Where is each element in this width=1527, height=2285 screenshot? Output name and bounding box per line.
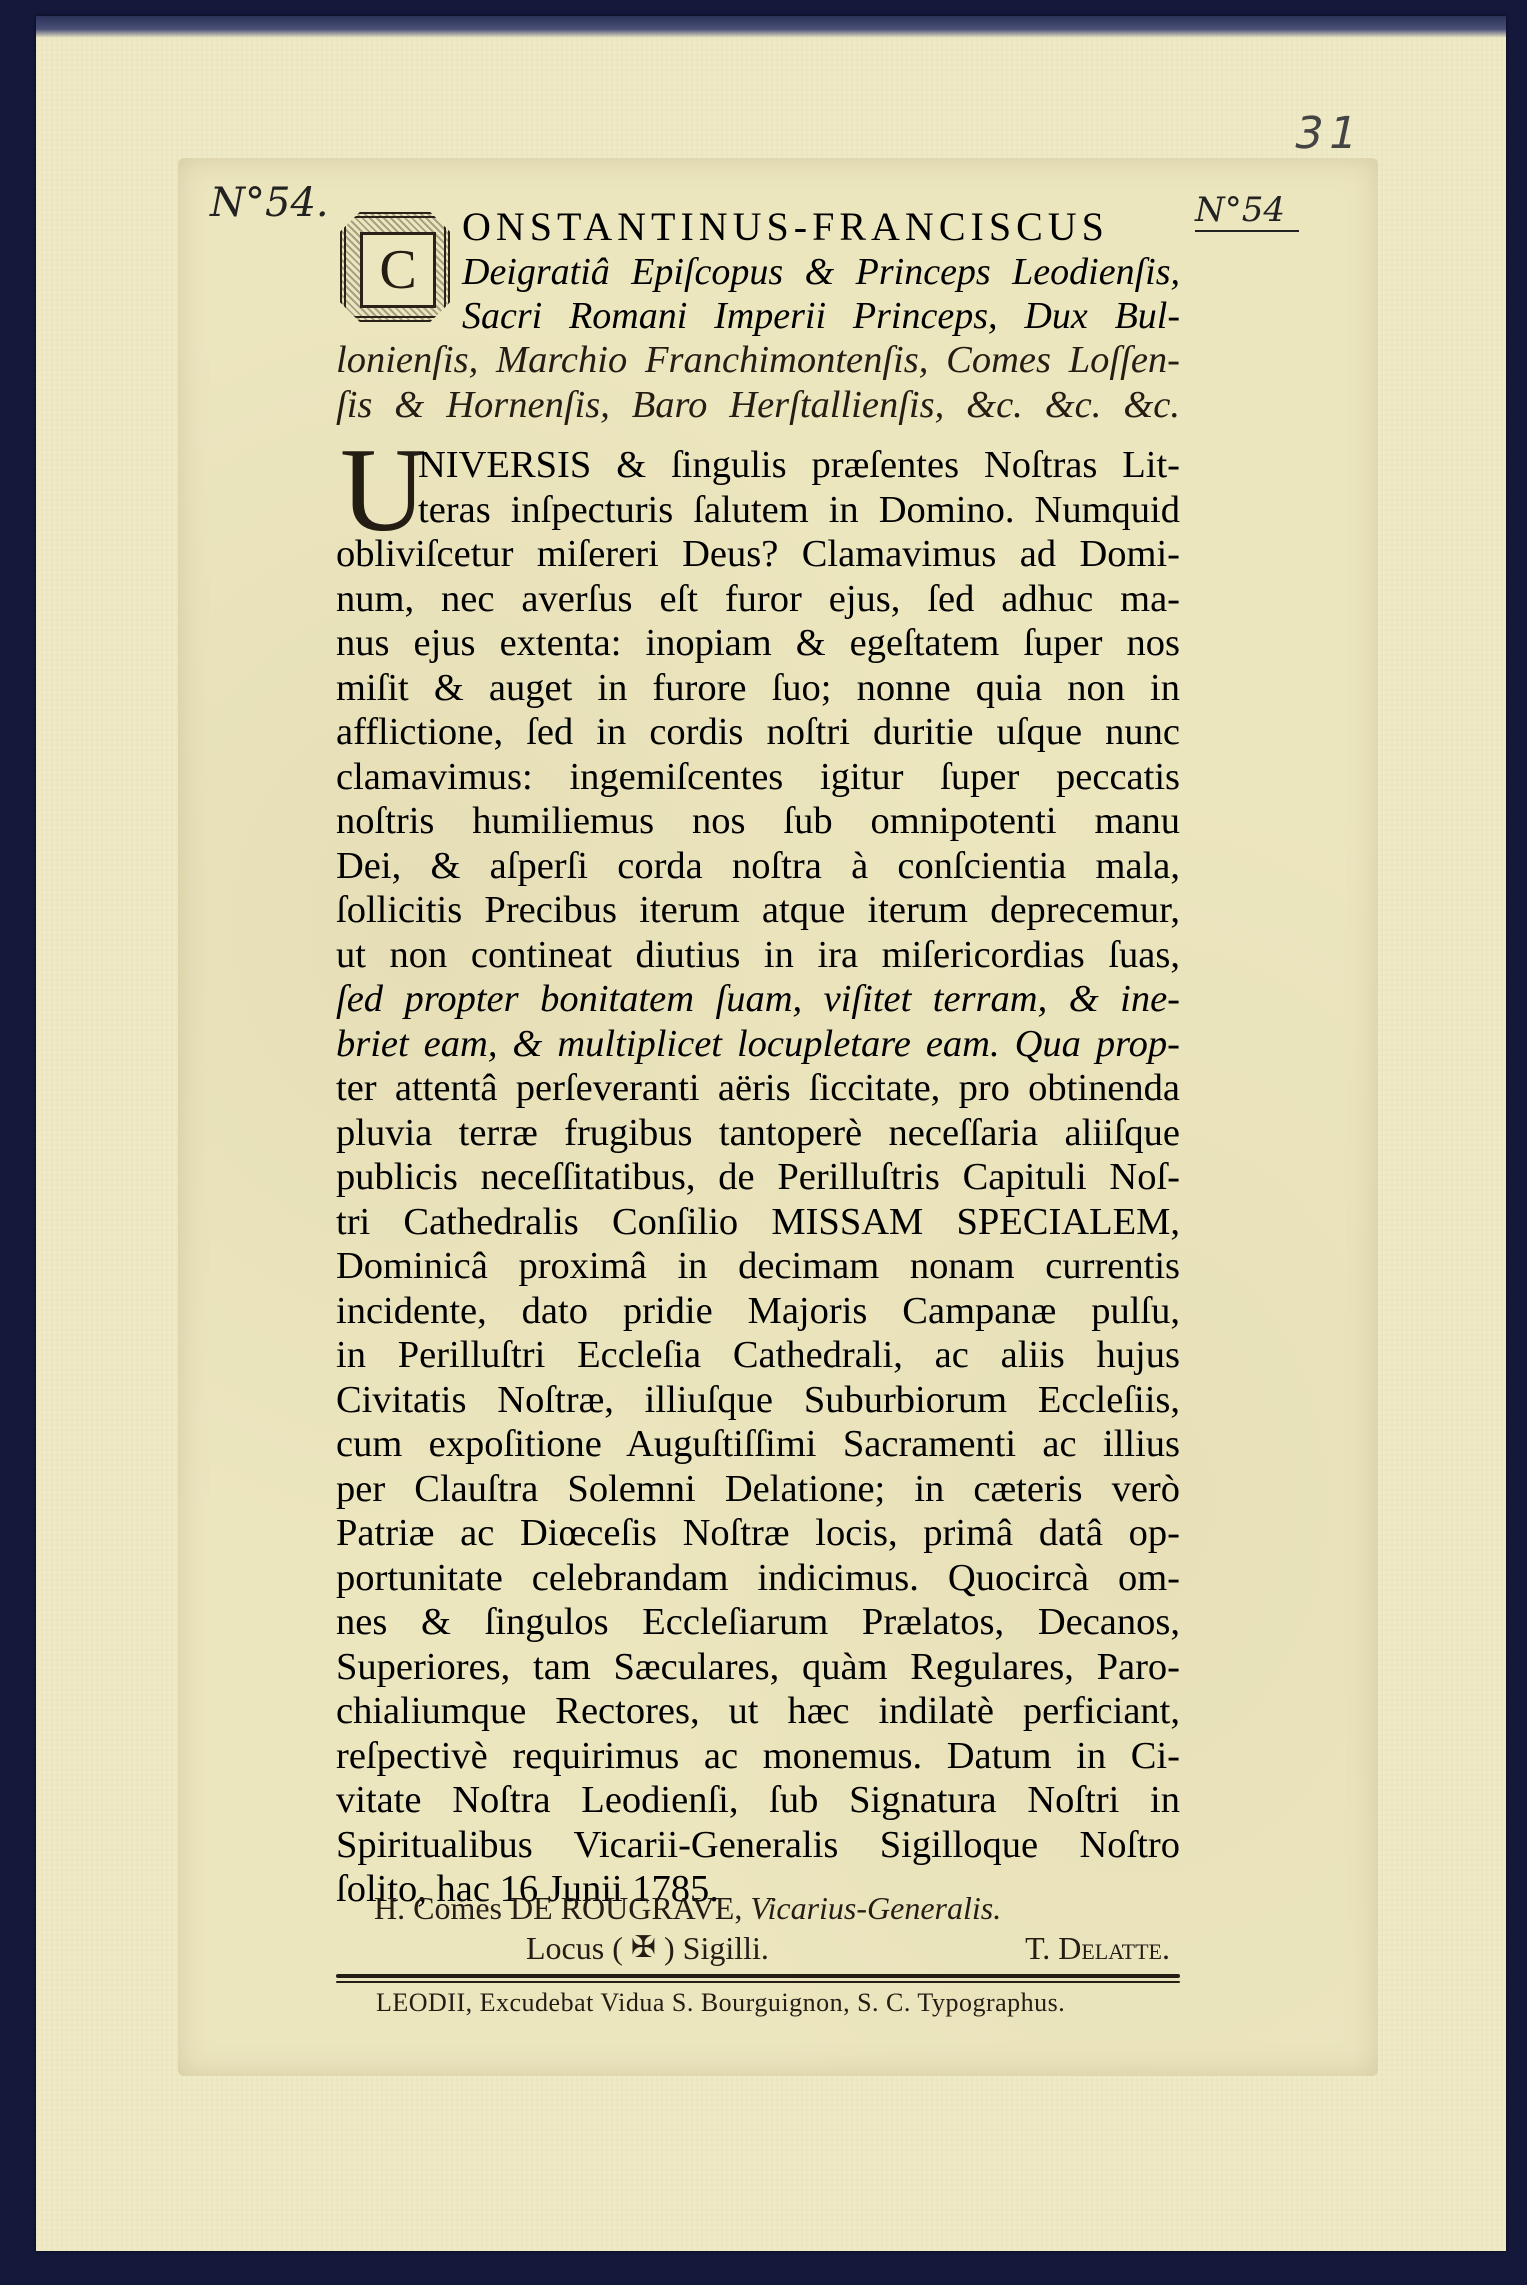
body-line: Dei, & aſperſi corda noſtra à conſcienti…	[336, 844, 1180, 889]
handwritten-note-left: N°54.	[210, 180, 329, 226]
title-line: lonienſis, Marchio Franchimontenſis, Com…	[336, 338, 1180, 383]
body-line: per Clauſtra Solemni Delatione; in cæter…	[336, 1467, 1180, 1512]
body-line: nes & ſingulos Eccleſiarum Prælatos, Dec…	[336, 1600, 1180, 1645]
body-line: NIVERSIS & ſingulis præſentes Noſtras Li…	[418, 443, 1180, 488]
body-line: miſit & auget in furore ſuo; nonne quia …	[336, 666, 1180, 711]
body-line: Dominicâ proximâ in decimam nonam curren…	[336, 1244, 1180, 1289]
sigilli-label: ) Sigilli.	[664, 1928, 769, 1968]
title-line: Deigratiâ Epiſcopus & Princeps Leodienſi…	[462, 250, 1180, 295]
divider-rule	[336, 1974, 1180, 1978]
opening-lines: NIVERSIS & ſingulis præſentes Noſtras Li…	[418, 443, 1180, 532]
decorated-initial-c: C	[340, 212, 450, 322]
signature-block: H. Comes DE ROUGRAVE, Vicarius-Generalis…	[336, 1888, 1180, 2023]
body-line: ſed propter bonitatem ſuam, viſitet terr…	[336, 977, 1180, 1022]
body-line: briet eam, & multiplicet locupletare eam…	[336, 1022, 1180, 1067]
body-line: Patriæ ac Diœceſis Noſtræ locis, primâ d…	[336, 1511, 1180, 1556]
title-line: ſis & Hornenſis, Baro Herſtallienſis, &c…	[336, 383, 1180, 428]
backing-torn-edge	[36, 16, 1506, 38]
body-line: num, nec averſus eſt furor ejus, ſed adh…	[336, 577, 1180, 622]
signer-title: Vicarius-Generalis.	[750, 1890, 1001, 1926]
body-line: cum expoſitione Auguſtiſſimi Sacramenti …	[336, 1422, 1180, 1467]
body-line: noſtris humiliemus nos ſub omnipotenti m…	[336, 799, 1180, 844]
body-line: afflictione, ſed in cordis noſtri duriti…	[336, 710, 1180, 755]
handwritten-note-right: N°54	[1195, 190, 1299, 232]
body-line: reſpectivè requirimus ac monemus. Datum …	[336, 1734, 1180, 1779]
body-line: ſollicitis Precibus iterum atque iterum …	[336, 888, 1180, 933]
cross-seal-icon: ✠	[631, 1928, 656, 1968]
body-line: obliviſcetur miſereri Deus? Clamavimus a…	[336, 532, 1180, 577]
body-line: nus ejus extenta: inopiam & egeſtatem ſu…	[336, 621, 1180, 666]
body-line: incidente, dato pridie Majoris Campanæ p…	[336, 1289, 1180, 1334]
body-line: ut non contineat diutius in ira miſerico…	[336, 933, 1180, 978]
body-line: Superiores, tam Sæculares, quàm Regulare…	[336, 1645, 1180, 1690]
body-line: Civitatis Noſtræ, illiuſque Suburbiorum …	[336, 1378, 1180, 1423]
bishop-name: ONSTANTINUS-FRANCISCUS	[462, 205, 1180, 250]
initial-letter: C	[360, 232, 436, 308]
body-line: tri Cathedralis Conſilio MISSAM SPECIALE…	[336, 1200, 1180, 1245]
bishop-title-block: ONSTANTINUS-FRANCISCUS Deigratiâ Epiſcop…	[462, 205, 1180, 339]
body-line: portunitate celebrandam indicimus. Quoci…	[336, 1556, 1180, 1601]
printer-imprint: LEODII, Excudebat Vidua S. Bourguignon, …	[336, 1983, 1180, 2023]
body-line: vitate Noſtra Leodienſi, ſub Signatura N…	[336, 1778, 1180, 1823]
initial-letter-u: U	[340, 440, 427, 540]
signer-name: H. Comes DE ROUGRAVE,	[374, 1890, 742, 1926]
body-line: pluvia terræ frugibus tantoperè neceſſar…	[336, 1111, 1180, 1156]
locus-label: Locus (	[526, 1928, 623, 1968]
body-line: in Perilluſtri Eccleſia Cathedrali, ac a…	[336, 1333, 1180, 1378]
body-line: teras inſpecturis ſalutem in Domino. Num…	[418, 488, 1180, 533]
archive-page-number: 31	[1290, 108, 1369, 159]
decree-body: obliviſcetur miſereri Deus? Clamavimus a…	[336, 532, 1180, 1912]
body-line: clamavimus: ingemiſcentes igitur ſuper p…	[336, 755, 1180, 800]
title-continuation: lonienſis, Marchio Franchimontenſis, Com…	[336, 338, 1180, 427]
title-line: Sacri Romani Imperii Princeps, Dux Bul-	[462, 294, 1180, 339]
vicar-general-signature: H. Comes DE ROUGRAVE, Vicarius-Generalis…	[336, 1888, 1180, 1928]
body-line: chialiumque Rectores, ut hæc indilatè pe…	[336, 1689, 1180, 1734]
seal-line: Locus ( ✠ ) Sigilli. T. Delatte.	[336, 1928, 1180, 1968]
body-line: ter attentâ perſeveranti aëris ſiccitate…	[336, 1066, 1180, 1111]
body-line: publicis neceſſitatibus, de Perilluſtris…	[336, 1155, 1180, 1200]
body-line: Spiritualibus Vicarii-Generalis Sigilloq…	[336, 1823, 1180, 1868]
secretary-name: T. Delatte.	[1025, 1928, 1180, 1968]
